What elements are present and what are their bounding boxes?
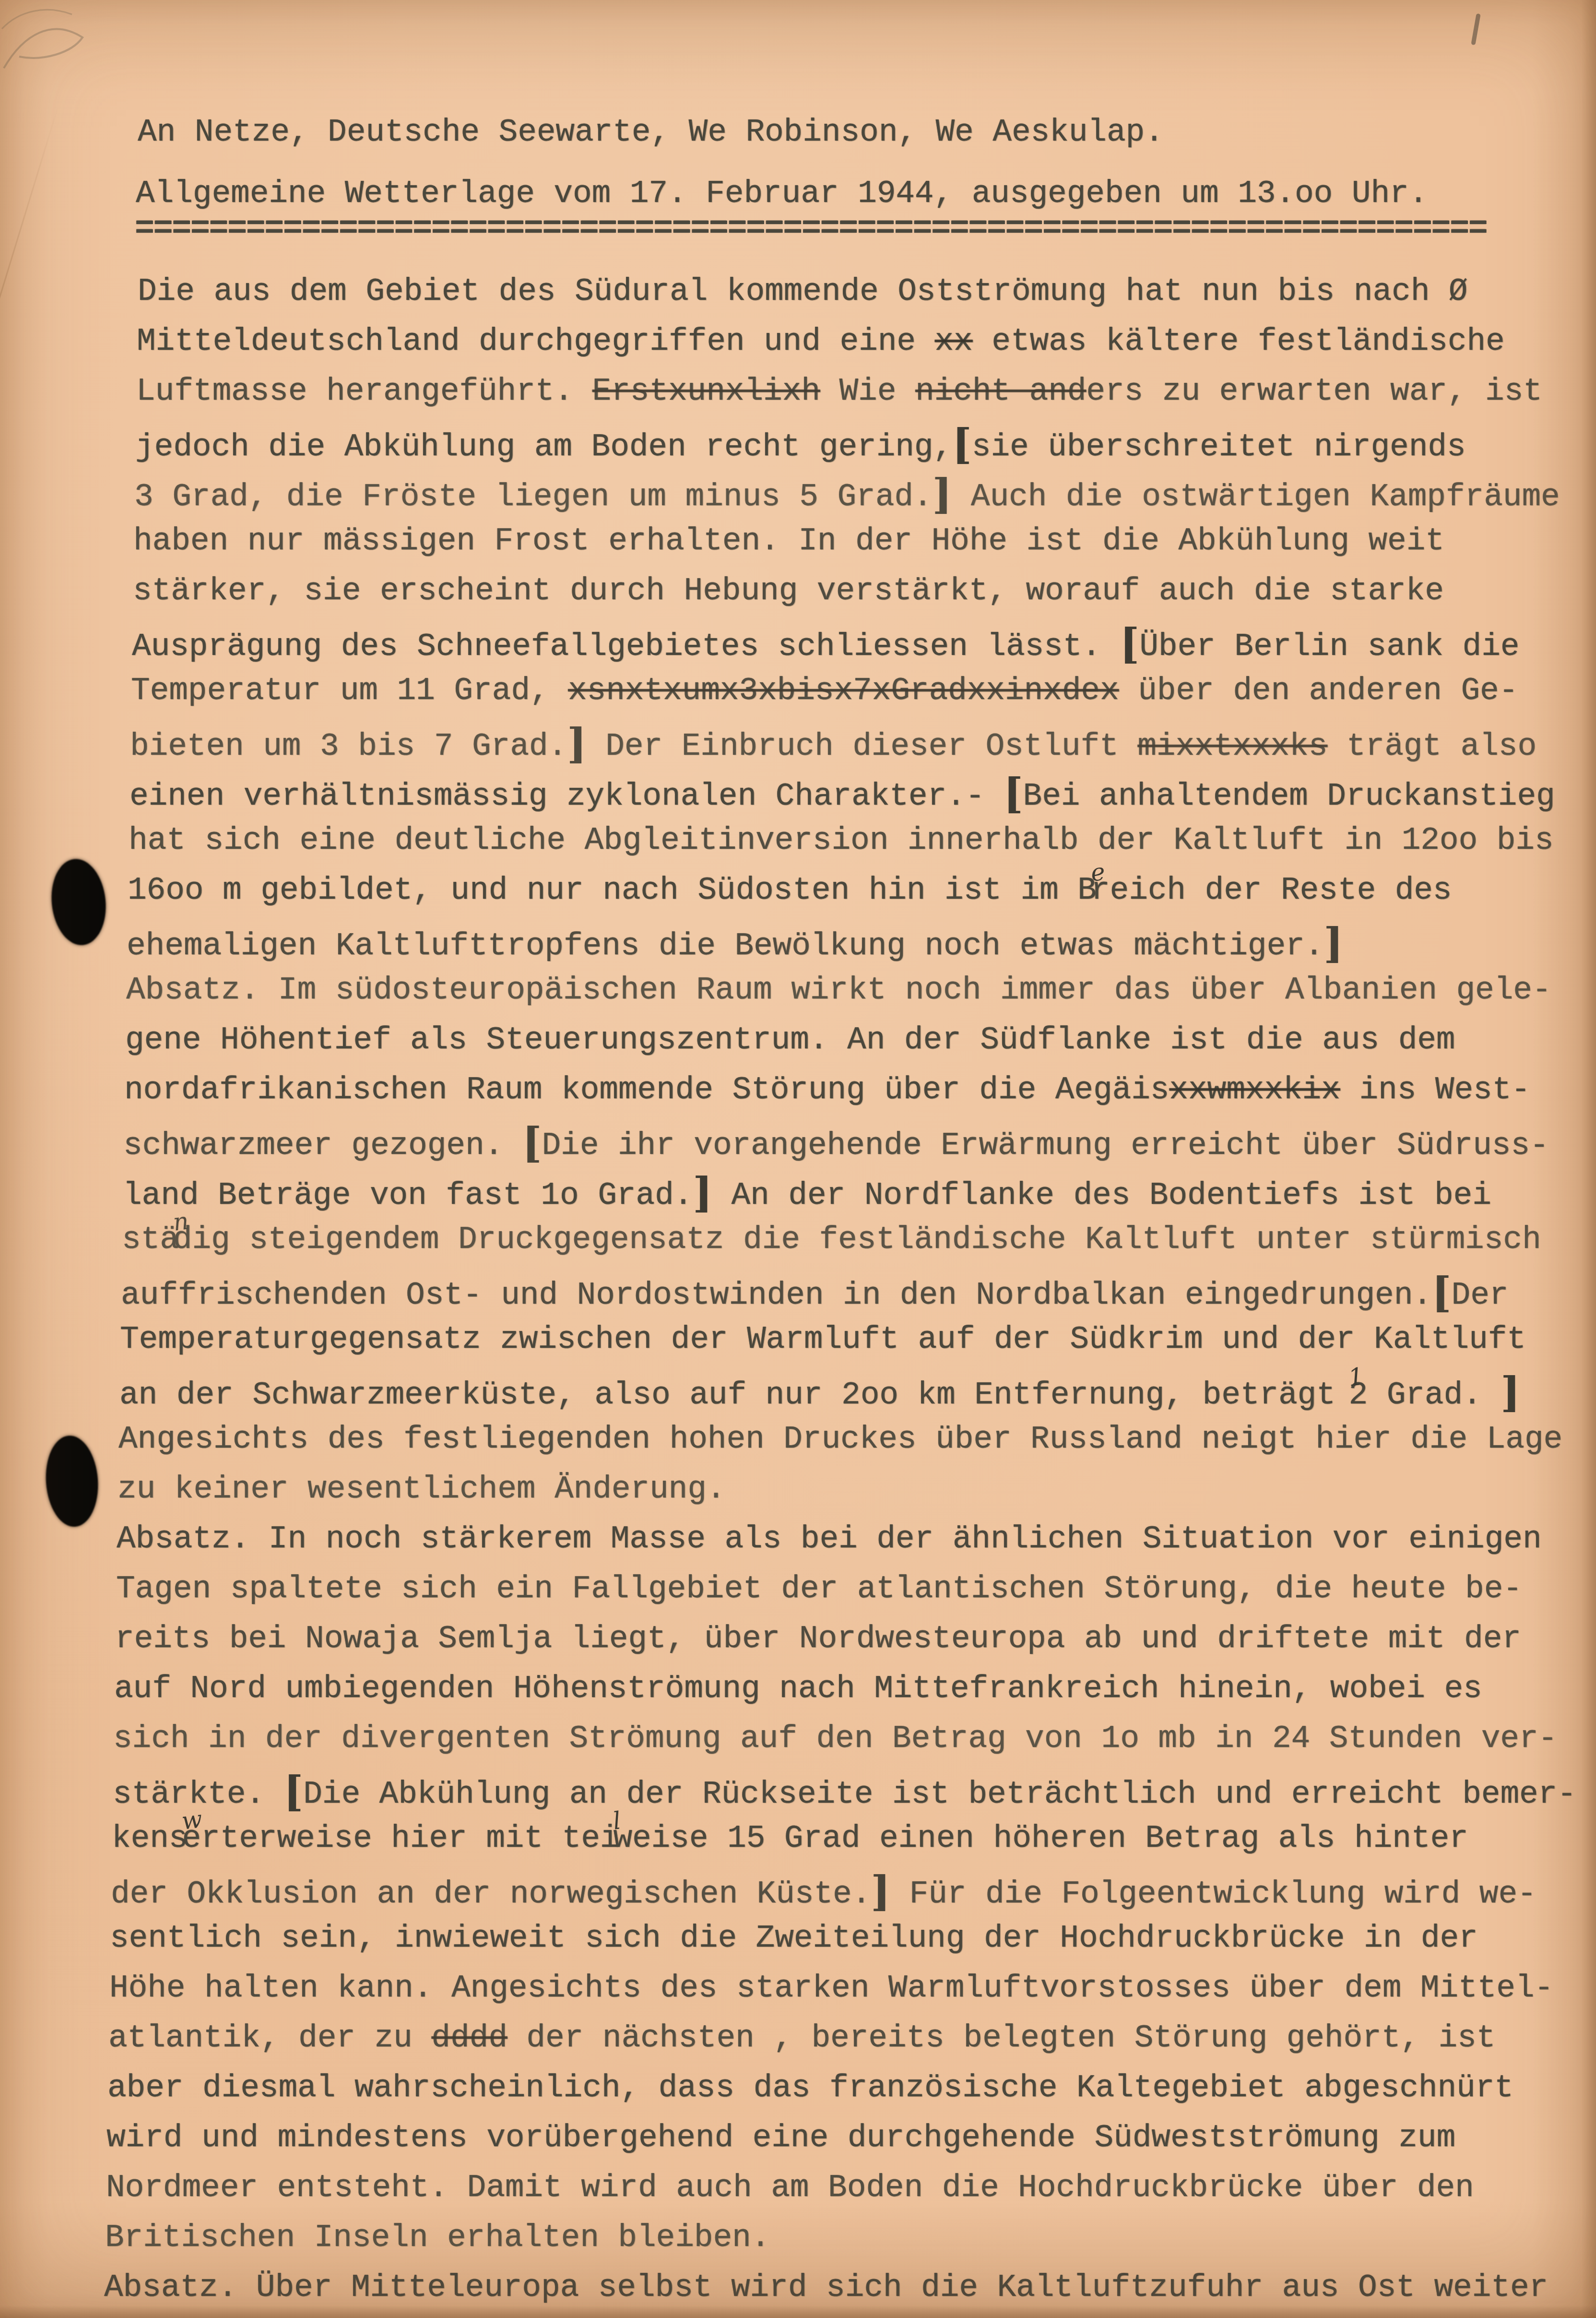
text-segment: land Beträge von fast 1o Grad. xyxy=(123,1177,693,1213)
text-line: auffrischenden Ost- und Nordostwinden in… xyxy=(0,1265,1596,1315)
text-line: stärker, sie erscheint durch Hebung vers… xyxy=(0,566,1596,616)
text-segment: Auch die ostwärtigen Kampfräume xyxy=(952,479,1560,515)
bracket-mark: ] xyxy=(932,470,952,519)
text-line: land Beträge von fast 1o Grad.] An der N… xyxy=(0,1165,1596,1215)
text-segment: über den anderen Ge- xyxy=(1119,673,1518,709)
text-segment: auf Nord umbiegenden Höhenströmung nach … xyxy=(114,1671,1482,1707)
text-line: Ausprägung des Schneefallgebietes schlie… xyxy=(0,616,1596,666)
strikethrough-segment: nicht and xyxy=(915,373,1086,409)
text-segment: Die ihr vorangehende Erwärmung erreicht … xyxy=(542,1128,1549,1164)
text-segment: Bei anhaltendem Druckanstieg xyxy=(1023,778,1555,814)
document-page: An Netze, Deutsche Seewarte, We Robinson… xyxy=(0,0,1596,2318)
text-line: reits bei Nowaja Semlja liegt, über Nord… xyxy=(0,1614,1596,1664)
text-segment: Der xyxy=(1452,1277,1509,1313)
text-line: Tagen spaltete sich ein Fallgebiet der a… xyxy=(0,1564,1596,1614)
text-line: stärkte. [Die Abkühlung an der Rückseite… xyxy=(0,1764,1596,1814)
text-line: einen verhältnismässig zyklonalen Charak… xyxy=(0,766,1596,816)
text-line: Temperatur um 11 Grad, xsnxtxumx3xbisx7x… xyxy=(0,666,1596,716)
text-line: gene Höhentief als Steuerungszentrum. An… xyxy=(0,1015,1596,1065)
bracket-mark: [ xyxy=(1120,620,1140,668)
text-line: Nordmeer entsteht. Damit wird auch am Bo… xyxy=(0,2163,1596,2213)
text-segment: sich in der divergenten Strömung auf den… xyxy=(113,1721,1557,1757)
bracket-mark: ] xyxy=(1324,919,1343,968)
text-segment: ehemaligen Kaltlufttropfens die Bewölkun… xyxy=(127,928,1324,964)
text-segment: Angesichts des festliegenden hohen Druck… xyxy=(118,1421,1562,1457)
text-segment: Absatz. In noch stärkerem Masse als bei … xyxy=(117,1521,1541,1557)
strikethrough-segment: Erstxunxlixh xyxy=(592,373,820,409)
text-segment: sie überschreitet nirgends xyxy=(972,429,1466,465)
text-segment: bieten um 3 bis 7 Grad. xyxy=(130,728,567,764)
text-segment: Absatz. Über Mitteleuropa selbst wird si… xyxy=(104,2270,1548,2306)
text-segment: an der Schwarzmeerküste, also auf nur 2o… xyxy=(119,1377,1354,1413)
text-segment: Wie xyxy=(820,373,915,409)
text-segment: ers zu erwarten war, ist xyxy=(1086,373,1542,409)
text-segment: Britischen Inseln erhalten bleiben. xyxy=(105,2220,770,2256)
text-segment: auffrischenden Ost- und Nordostwinden in… xyxy=(121,1277,1432,1313)
text-segment: kens xyxy=(112,1820,188,1856)
text-segment: Für die Folgeentwicklung wird we- xyxy=(890,1876,1537,1912)
bracket-mark: ] xyxy=(567,720,587,768)
text-segment: weise 15 Grad einen höheren Betrag als h… xyxy=(613,1820,1468,1856)
bracket-mark: ] xyxy=(693,1169,712,1217)
text-segment: reits bei Nowaja Semlja liegt, über Nord… xyxy=(115,1621,1521,1657)
strikethrough-segment: xx xyxy=(934,323,972,359)
text-segment: 2 Grad. xyxy=(1348,1377,1501,1413)
text-segment: zu keiner wesentlichem Änderung. xyxy=(118,1471,725,1507)
text-line: Absatz. Über Mitteleuropa selbst wird si… xyxy=(0,2263,1596,2313)
text-line: wird und mindestens vorübergehend eine d… xyxy=(0,2113,1596,2163)
body-lines: Die aus dem Gebiet des Südural kommende … xyxy=(0,267,1596,2313)
text-line: schwarzmeer gezogen. [Die ihr vorangehen… xyxy=(0,1115,1596,1165)
text-segment: aber diesmal wahrscheinlich, dass das fr… xyxy=(107,2070,1513,2106)
text-line: Absatz. Im südosteuropäischen Raum wirkt… xyxy=(0,965,1596,1015)
text-segment: 3 Grad, die Fröste liegen um minus 5 Gra… xyxy=(134,479,932,515)
pencil-scribble xyxy=(0,0,144,96)
text-line: Luftmasse herangeführt. Erstxunxlixh Wie… xyxy=(0,367,1596,416)
text-segment: hat sich eine deutliche Abgleitinversion… xyxy=(129,822,1553,858)
text-line: Temperaturgegensatz zwischen der Warmluf… xyxy=(0,1315,1596,1365)
text-line: der Okklusion an der norwegischen Küste.… xyxy=(0,1864,1596,1914)
strikethrough-segment: mixxtxxxks xyxy=(1137,728,1327,764)
text-segment: erterweise hier mit tei xyxy=(182,1820,619,1856)
text-line: an der Schwarzmeerküste, also auf nur 2o… xyxy=(0,1365,1596,1415)
text-segment: Die aus dem Gebiet des Südural kommende … xyxy=(138,273,1467,309)
text-segment: wird und mindestens vorübergehend eine d… xyxy=(106,2120,1455,2156)
strikethrough-segment: xxwmxxkix xyxy=(1169,1072,1340,1108)
text-line: Britischen Inseln erhalten bleiben. xyxy=(0,2213,1596,2263)
bracket-mark: ] xyxy=(1501,1368,1520,1417)
text-line: Angesichts des festliegenden hohen Druck… xyxy=(0,1415,1596,1464)
text-segment: stärker, sie erscheint durch Hebung vers… xyxy=(133,573,1444,609)
text-segment: Höhe halten kann. Angesichts des starken… xyxy=(109,1970,1553,2006)
text-segment: Die Abkühlung an der Rückseite ist beträ… xyxy=(303,1776,1576,1812)
text-line: nordafrikanischen Raum kommende Störung … xyxy=(0,1065,1596,1115)
text-line: hat sich eine deutliche Abgleitinversion… xyxy=(0,816,1596,866)
text-segment: schwarzmeer gezogen. xyxy=(123,1128,522,1164)
text-line: jedoch die Abkühlung am Boden recht geri… xyxy=(0,416,1596,466)
strikethrough-segment: dddd xyxy=(431,2020,507,2056)
strikethrough-segment: xsnxtxumx3xbisx7xGradxxinxdex xyxy=(568,673,1119,709)
text-segment: stä xyxy=(122,1222,179,1258)
bracket-mark: ] xyxy=(871,1867,890,1916)
text-segment: einen verhältnismässig zyklonalen Charak… xyxy=(130,778,1004,814)
text-segment: Temperaturgegensatz zwischen der Warmluf… xyxy=(120,1321,1526,1357)
text-segment: etwas kältere festländische xyxy=(973,323,1505,359)
text-segment: dig steigendem Druckgegensatz die festlä… xyxy=(173,1222,1541,1258)
text-segment: ins West- xyxy=(1340,1072,1530,1108)
text-segment: Luftmasse herangeführt. xyxy=(136,373,592,409)
text-line: 3 Grad, die Fröste liegen um minus 5 Gra… xyxy=(0,466,1596,516)
text-segment: Tagen spaltete sich ein Fallgebiet der a… xyxy=(116,1571,1522,1607)
text-segment: Temperatur um 11 Grad, xyxy=(131,673,568,709)
text-line: bieten um 3 bis 7 Grad.] Der Einbruch di… xyxy=(0,716,1596,766)
text-segment: Nordmeer entsteht. Damit wird auch am Bo… xyxy=(106,2170,1474,2206)
text-segment: Ausprägung des Schneefallgebietes schlie… xyxy=(132,629,1120,665)
text-line: sentlich sein, inwieweit sich die Zweite… xyxy=(0,1914,1596,1963)
text-segment: Über Berlin sank die xyxy=(1139,629,1519,665)
text-segment: reich der Reste des xyxy=(1091,872,1452,908)
text-segment: sentlich sein, inwieweit sich die Zweite… xyxy=(110,1920,1478,1956)
text-line: ständig steigendem Druckgegensatz die fe… xyxy=(0,1215,1596,1265)
text-line: Höhe halten kann. Angesichts des starken… xyxy=(0,1963,1596,2013)
text-line: aber diesmal wahrscheinlich, dass das fr… xyxy=(0,2063,1596,2113)
text-segment: jedoch die Abkühlung am Boden recht geri… xyxy=(135,429,952,465)
text-segment: der Okklusion an der norwegischen Küste. xyxy=(111,1876,871,1912)
text-segment: Der Einbruch dieser Ostluft xyxy=(587,728,1138,764)
bracket-mark: [ xyxy=(1004,770,1023,818)
text-segment: trägt also xyxy=(1327,728,1537,764)
text-line: kenswerterweise hier mit teilweise 15 Gr… xyxy=(0,1814,1596,1864)
text-line: Mitteldeutschland durchgegriffen und ein… xyxy=(0,317,1596,367)
text-line: sich in der divergenten Strömung auf den… xyxy=(0,1714,1596,1764)
bracket-mark: [ xyxy=(952,420,972,469)
bracket-mark: [ xyxy=(522,1119,542,1167)
text-segment: Absatz. Im südosteuropäischen Raum wirkt… xyxy=(126,972,1551,1008)
bracket-mark: [ xyxy=(1432,1269,1452,1317)
text-segment: 16oo m gebildet, und nur nach Südosten h… xyxy=(128,872,1097,908)
text-line: zu keiner wesentlichem Änderung. xyxy=(0,1464,1596,1514)
text-line: atlantik, der zu dddd der nächsten , ber… xyxy=(0,2013,1596,2063)
pencil-tick-mark xyxy=(1471,13,1480,46)
text-line: Absatz. In noch stärkerem Masse als bei … xyxy=(0,1514,1596,1564)
text-segment: atlantik, der zu xyxy=(108,2020,431,2056)
text-line: ehemaligen Kaltlufttropfens die Bewölkun… xyxy=(0,915,1596,965)
text-segment: nordafrikanischen Raum kommende Störung … xyxy=(124,1072,1169,1108)
text-segment: der nächsten , bereits belegten Störung … xyxy=(508,2020,1496,2056)
text-line: haben nur mässigen Frost erhalten. In de… xyxy=(0,516,1596,566)
header-title-line: Allgemeine Wetterlage vom 17. Februar 19… xyxy=(0,176,1596,212)
text-segment: gene Höhentief als Steuerungszentrum. An… xyxy=(125,1022,1455,1058)
separator-line: ========================================… xyxy=(0,211,1596,247)
text-line: auf Nord umbiegenden Höhenströmung nach … xyxy=(0,1664,1596,1714)
text-segment: Mitteldeutschland durchgegriffen und ein… xyxy=(137,323,934,359)
bracket-mark: [ xyxy=(284,1768,303,1816)
text-segment: An der Nordflanke des Bodentiefs ist bei xyxy=(712,1177,1491,1213)
text-line: Die aus dem Gebiet des Südural kommende … xyxy=(0,267,1596,317)
text-segment: haben nur mässigen Frost erhalten. In de… xyxy=(133,523,1444,559)
text-line: 16oo m gebildet, und nur nach Südosten h… xyxy=(0,866,1596,915)
header-address-line: An Netze, Deutsche Seewarte, We Robinson… xyxy=(0,114,1596,150)
